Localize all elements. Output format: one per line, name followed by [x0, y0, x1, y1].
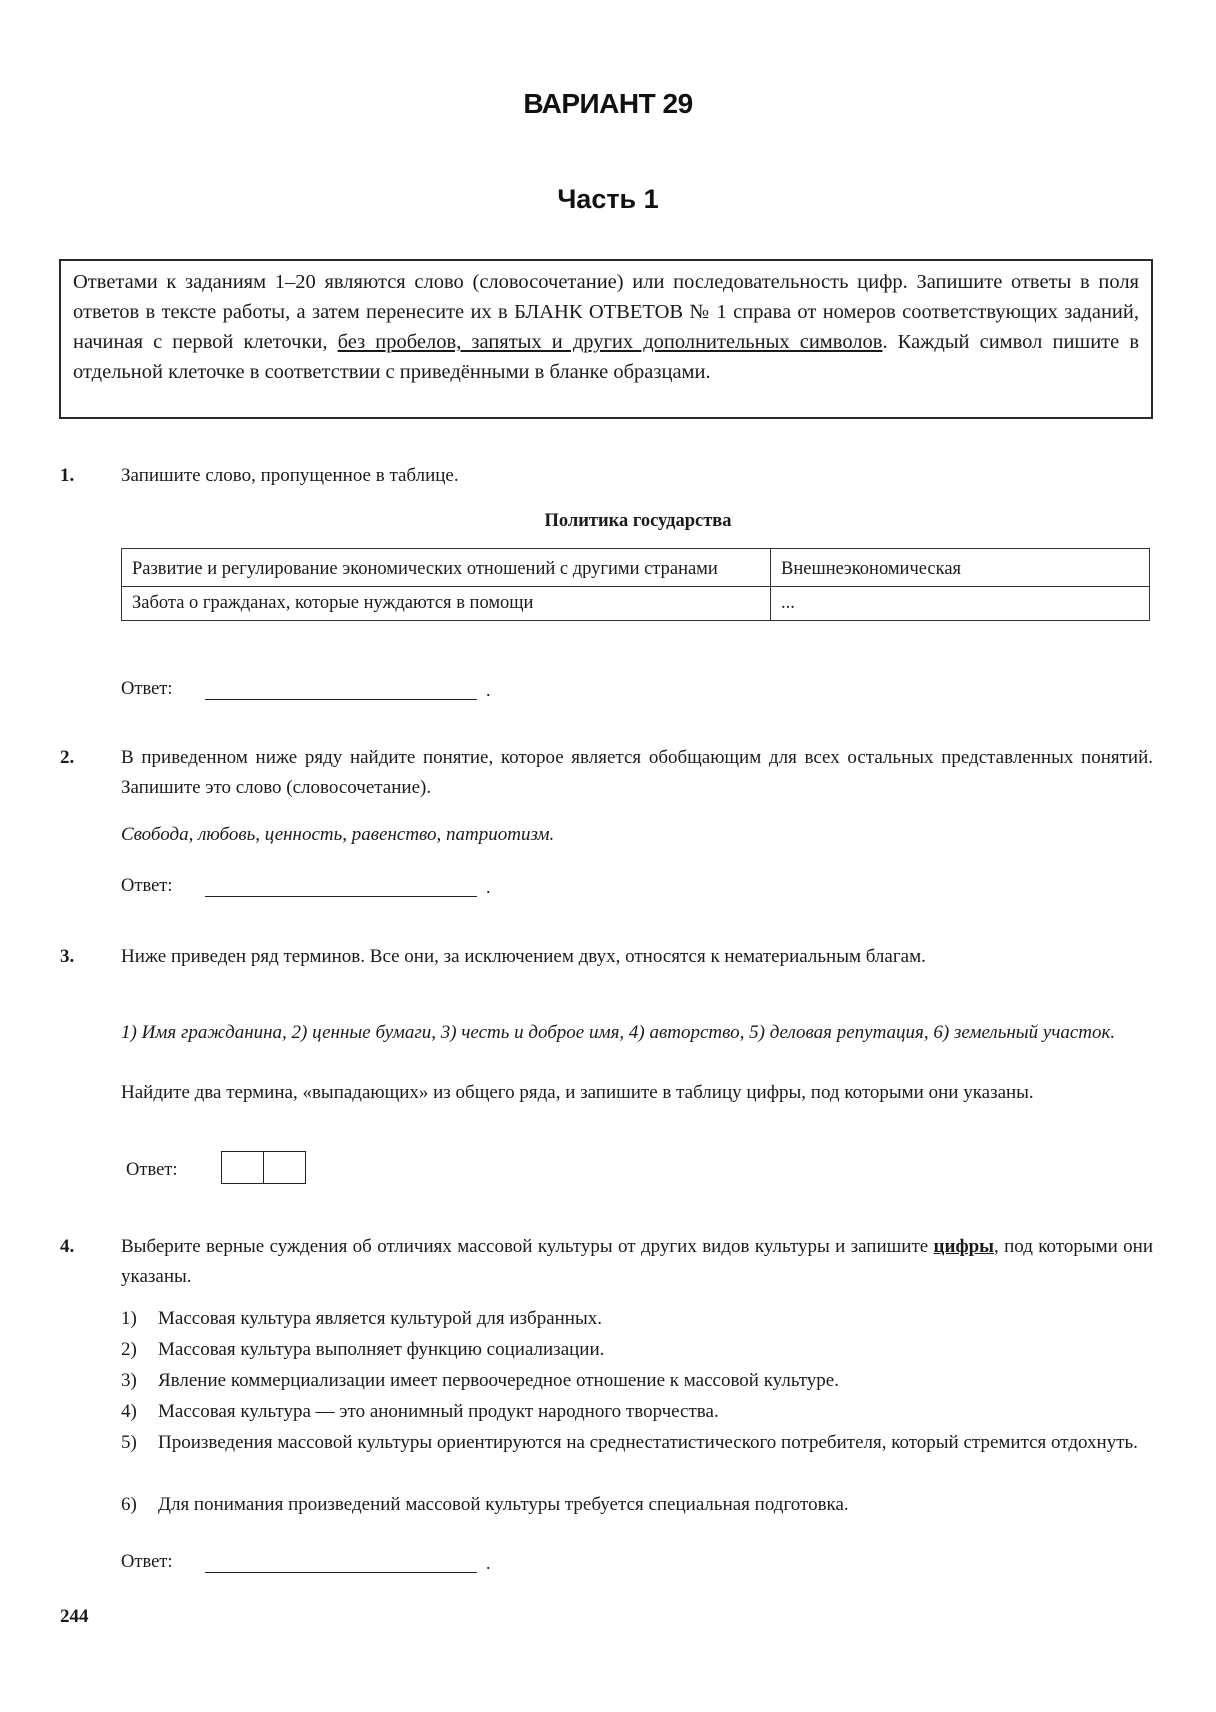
question-3-text: Ниже приведен ряд терминов. Все они, за … [121, 942, 1153, 972]
table-cell: Внешнеэкономическая [771, 549, 1150, 587]
question-2-number: 2. [60, 747, 74, 769]
variant-title: ВАРИАНТ 29 [0, 88, 1216, 120]
part-title: Часть 1 [0, 184, 1216, 215]
question-1-text: Запишите слово, пропущенное в таблице. [121, 461, 1153, 491]
question-2-answer-label: Ответ: [121, 876, 173, 897]
question-3-number: 3. [60, 946, 74, 968]
question-4-answer-end: . [486, 1553, 491, 1574]
answer-cell-1[interactable] [222, 1152, 263, 1183]
question-2-series: Свобода, любовь, ценность, равенство, па… [121, 820, 1153, 850]
table-cell: Забота о гражданах, которые нуждаются в … [122, 587, 771, 621]
option-3: 3)Явление коммерциализации имеет первооч… [121, 1366, 1153, 1396]
option-number: 1) [121, 1304, 158, 1334]
option-5: 5)Произведения массовой культуры ориенти… [121, 1428, 1153, 1458]
option-1: 1)Массовая культура является культурой д… [121, 1304, 1153, 1334]
instructions-underlined-text: без пробелов, запятых и других дополните… [338, 331, 883, 353]
option-number: 6) [121, 1490, 158, 1520]
option-text: Массовая культура выполняет функцию соци… [158, 1339, 604, 1360]
policy-table: Развитие и регулирование экономических о… [121, 548, 1150, 621]
page-number: 244 [60, 1606, 89, 1628]
question-4-answer-field[interactable] [205, 1572, 477, 1573]
question-2-answer-end: . [486, 877, 491, 898]
option-number: 5) [121, 1428, 158, 1458]
question-1-answer-label: Ответ: [121, 679, 173, 700]
table-caption: Политика государства [0, 511, 1216, 532]
question-4-number: 4. [60, 1236, 74, 1258]
table-cell: Развитие и регулирование экономических о… [122, 549, 771, 587]
question-1-number: 1. [60, 465, 74, 487]
option-text: Массовая культура является культурой для… [158, 1308, 602, 1329]
option-4: 4)Массовая культура — это анонимный прод… [121, 1397, 1153, 1427]
question-1-answer-field[interactable] [205, 699, 477, 700]
question-2-text: В приведенном ниже ряду найдите понятие,… [121, 743, 1153, 803]
table-row: Забота о гражданах, которые нуждаются в … [122, 587, 1150, 621]
option-text: Явление коммерциализации имеет первоочер… [158, 1370, 839, 1391]
option-6: 6)Для понимания произведений массовой ку… [121, 1490, 1153, 1520]
question-3-terms: 1) Имя гражданина, 2) ценные бумаги, 3) … [121, 1018, 1153, 1048]
table-row: Развитие и регулирование экономических о… [122, 549, 1150, 587]
question-4-text-start: Выберите верные суждения об отличиях мас… [121, 1236, 934, 1257]
question-3-answer-label: Ответ: [126, 1160, 178, 1181]
question-3-answer-cells [221, 1151, 306, 1184]
option-number: 3) [121, 1366, 158, 1396]
option-text: Произведения массовой культуры ориентиру… [158, 1428, 1138, 1458]
option-2: 2)Массовая культура выполняет функцию со… [121, 1335, 1153, 1365]
question-4-emphasis: цифры [934, 1236, 994, 1257]
instructions-box: Ответами к заданиям 1–20 являются слово … [59, 259, 1153, 419]
question-1-answer-end: . [486, 680, 491, 701]
question-2-answer-field[interactable] [205, 896, 477, 897]
table-cell-missing: ... [771, 587, 1150, 621]
option-text: Для понимания произведений массовой куль… [158, 1494, 849, 1515]
question-4-answer-label: Ответ: [121, 1552, 173, 1573]
question-3-instruction: Найдите два термина, «выпадающих» из общ… [121, 1078, 1153, 1108]
option-text: Массовая культура — это анонимный продук… [158, 1401, 719, 1422]
option-number: 2) [121, 1335, 158, 1365]
option-number: 4) [121, 1397, 158, 1427]
question-4-text: Выберите верные суждения об отличиях мас… [121, 1232, 1153, 1292]
answer-cell-2[interactable] [263, 1152, 305, 1183]
